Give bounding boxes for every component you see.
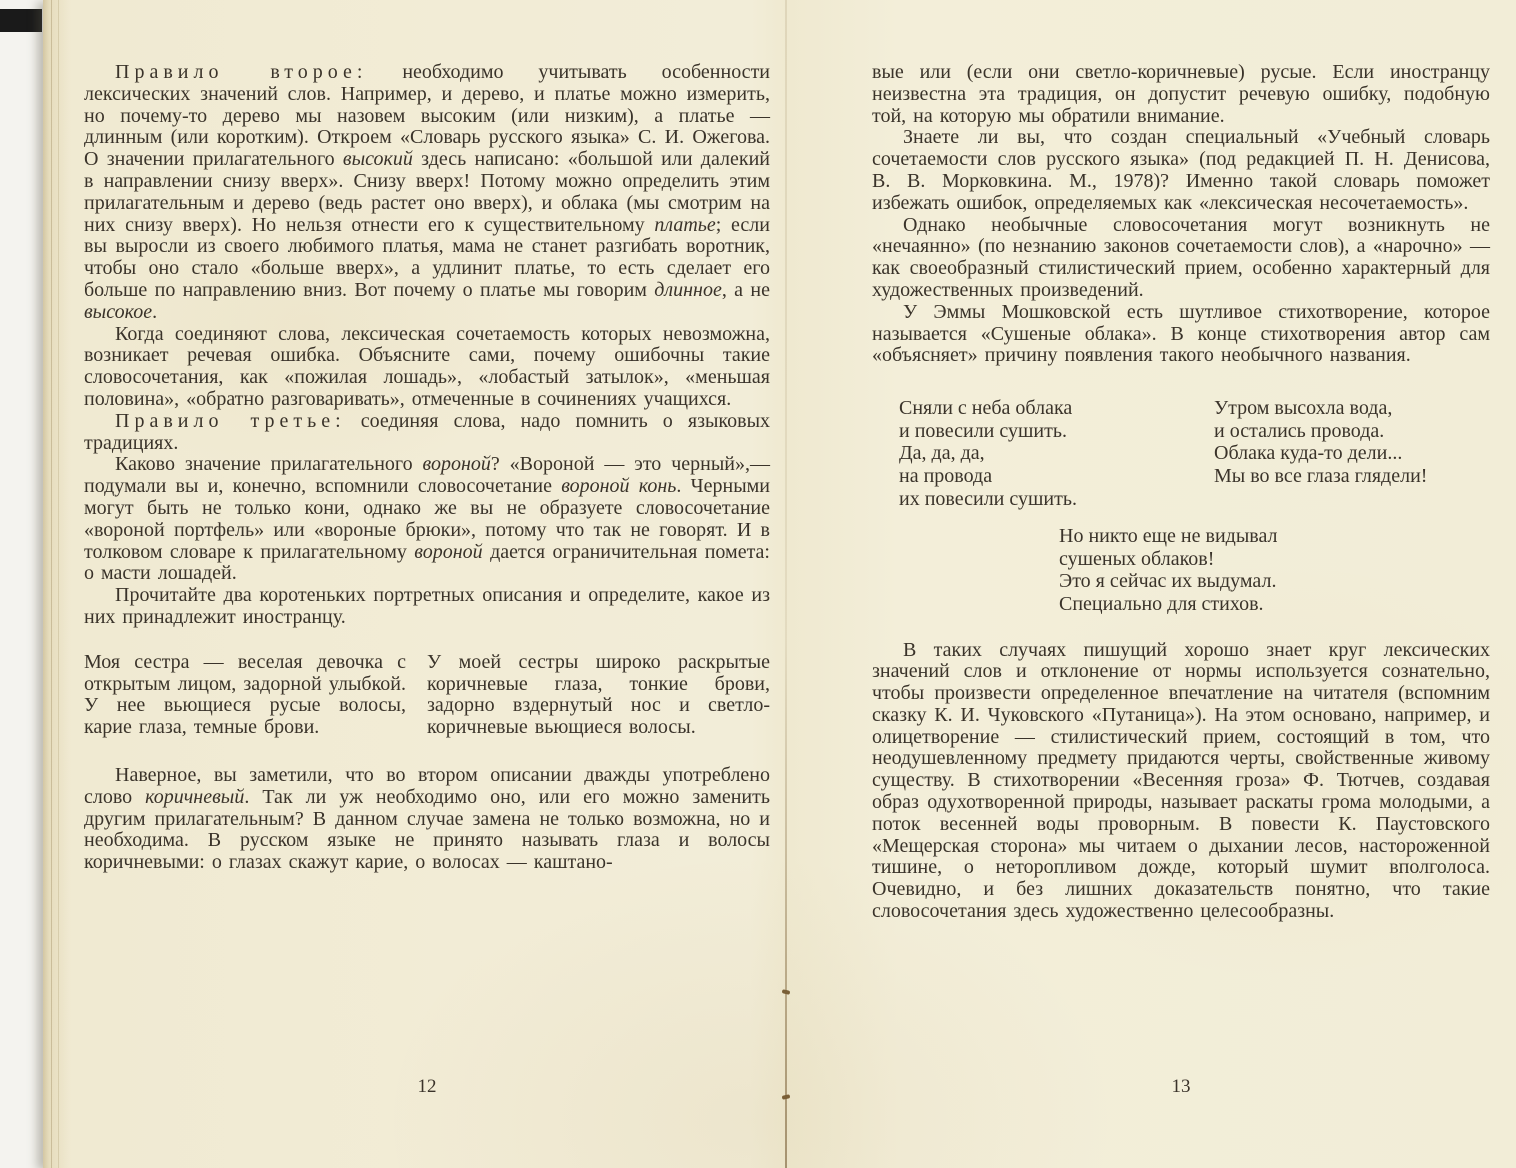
text-run: . [152,301,157,323]
text-run: Каково значение прилагательного [115,453,423,475]
italic-text: высокое [84,301,152,323]
spaced-heading-text: Правило второе: [115,61,367,83]
right-text-column: вые или (если они светло-коричневые) рус… [872,62,1490,923]
italic-text: платье [654,214,715,236]
scan-edge-artifact [0,9,42,32]
poem-line: Сняли с неба облака [899,397,1214,420]
portrait-description-foreigner: У моей сестры широко раскрытые коричневы… [427,652,770,739]
italic-text: вороной конь [561,475,676,497]
text-run: В таких случаях пишущий хорошо знает кру… [872,639,1490,923]
poem-line: и остались провода. [1214,420,1490,443]
paragraph-speech-errors: Когда соединяют слова, лексическая сочет… [84,324,770,411]
text-run: Прочитайте два коротеньких портретных оп… [84,584,770,628]
spine-gutter [785,0,787,1168]
poem-columns: Сняли с неба облакаи повесили сушить.Да,… [872,397,1490,510]
poem-line: Это я сейчас их выдумал. [1059,570,1490,593]
poem-sushenye-oblaka: Сняли с неба облакаи повесили сушить.Да,… [872,397,1490,615]
italic-text: вороной [423,453,491,475]
text-run: Однако необычные словосочетания могут во… [872,214,1490,301]
italic-text: длинное [654,279,722,301]
poem-final-stanza: Но никто еще не видывалсушеных облаков!Э… [1059,525,1490,615]
poem-line: Облака куда-то дели... [1214,442,1490,465]
page-right: вые или (если они светло-коричневые) рус… [787,0,1516,1168]
italic-text: высокий [343,148,413,170]
poem-column-two: Утром высохла вода,и остались провода.Об… [1214,397,1490,510]
poem-column-one: Сняли с неба облакаи повесили сушить.Да,… [899,397,1214,510]
paragraph-korichnevy: Наверное, вы заметили, что во втором опи… [84,765,770,874]
page-number-left: 12 [84,1076,770,1098]
paragraph-personification: В таких случаях пишущий хорошо знает кру… [872,640,1490,923]
text-run: Знаете ли вы, что создан специальный «Уч… [872,126,1490,213]
poem-line: и повесили сушить. [899,420,1214,443]
poem-line: Специально для стихов. [1059,593,1490,616]
poem-line: на провода [899,465,1214,488]
italic-text: коричневый [145,786,244,808]
paragraph-stylistic-device: Однако необычные словосочетания могут во… [872,215,1490,302]
text-run: , а не [722,279,770,301]
poem-line: сушеных облаков! [1059,548,1490,571]
poem-line: Утром высохла вода, [1214,397,1490,420]
poem-line: их повесили сушить. [899,488,1214,511]
text-run: У Эммы Мошковской есть шутливое стихотво… [872,301,1490,367]
book-spread: Правило второе: необходимо учитывать осо… [43,0,1516,1168]
poem-line: Но никто еще не видывал [1059,525,1490,548]
paragraph-moshkovskaya: У Эммы Мошковской есть шутливое стихотво… [872,302,1490,367]
left-text-column: Правило второе: необходимо учитывать осо… [84,62,770,874]
page-left: Правило второе: необходимо учитывать осо… [43,0,787,1168]
paragraph-rule-two: Правило второе: необходимо учитывать осо… [84,62,770,324]
paragraph-rule-three: Правило третье: соединяя слова, надо пом… [84,411,770,455]
paragraph-voronoy: Каково значение прилагательного вороной?… [84,454,770,585]
text-run: Когда соединяют слова, лексическая сочет… [84,323,770,410]
portrait-descriptions: Моя сестра — веселая девочка с открытым … [84,652,770,739]
poem-line: Мы во все глаза глядели! [1214,465,1490,488]
poem-line: Да, да, да, [899,442,1214,465]
italic-text: вороной [414,541,482,563]
paragraph-two-portraits: Прочитайте два коротеньких портретных оп… [84,585,770,629]
text-run: вые или (если они светло-коричневые) рус… [872,61,1490,127]
spaced-heading-text: Правило третье: [115,410,346,432]
portrait-description-native: Моя сестра — веселая девочка с открытым … [84,652,406,739]
paragraph-dictionary: Знаете ли вы, что создан специальный «Уч… [872,127,1490,214]
page-number-right: 13 [872,1076,1490,1098]
paragraph-hair-continuation: вые или (если они светло-коричневые) рус… [872,62,1490,127]
